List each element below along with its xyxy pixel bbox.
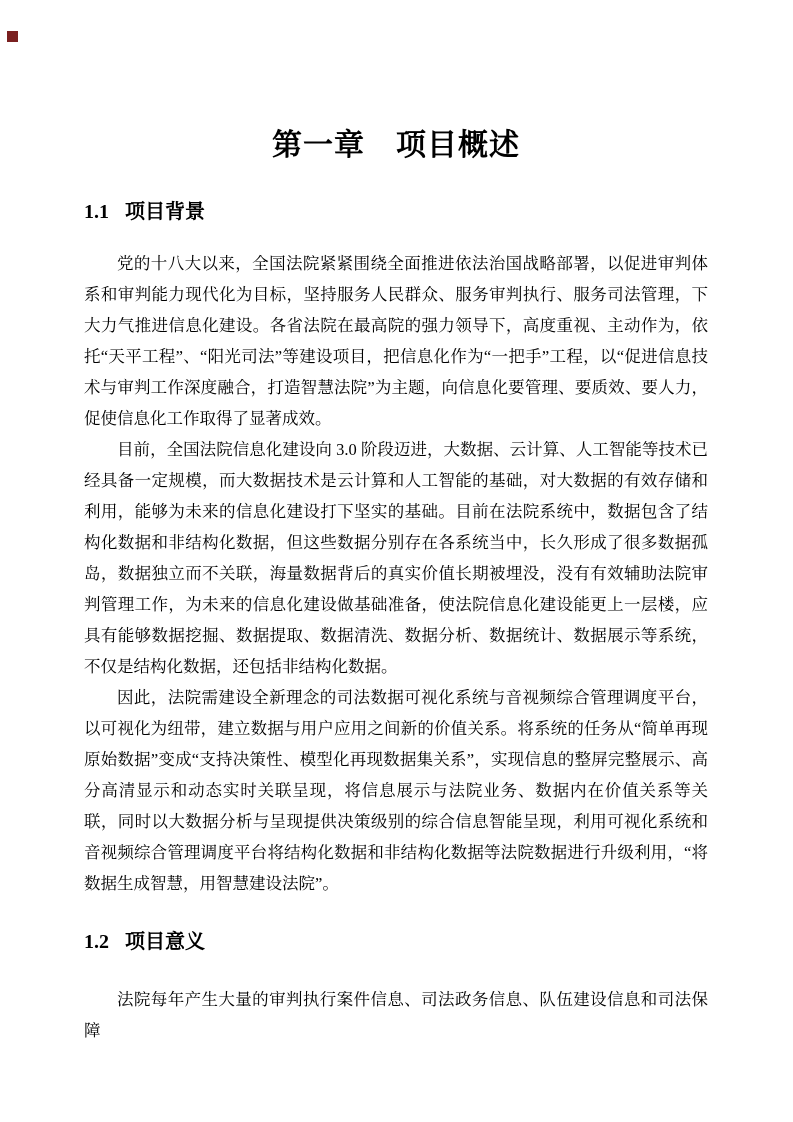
section-heading-1-1: 1.1 项目背景 — [84, 199, 708, 226]
paragraph-background-2: 目前，全国法院信息化建设向 3.0 阶段迈进，大数据、云计算、人工智能等技术已经… — [84, 434, 708, 682]
document-page: 第一章 项目概述 1.1 项目背景 党的十八大以来，全国法院紧紧围绕全面推进依法… — [0, 0, 793, 1122]
corner-marker — [7, 31, 18, 42]
section-heading-1-2: 1.2 项目意义 — [84, 929, 708, 956]
section-title: 项目背景 — [125, 199, 205, 226]
paragraph-background-1: 党的十八大以来，全国法院紧紧围绕全面推进依法治国战略部署，以促进审判体系和审判能… — [84, 248, 708, 434]
document-content: 第一章 项目概述 1.1 项目背景 党的十八大以来，全国法院紧紧围绕全面推进依法… — [84, 0, 708, 1046]
paragraph-significance-1: 法院每年产生大量的审判执行案件信息、司法政务信息、队伍建设信息和司法保障 — [84, 984, 708, 1046]
paragraph-background-3: 因此，法院需建设全新理念的司法数据可视化系统与音视频综合管理调度平台，以可视化为… — [84, 682, 708, 899]
chapter-title: 第一章 项目概述 — [84, 126, 708, 166]
section-number: 1.1 — [84, 199, 109, 226]
section-number: 1.2 — [84, 929, 109, 956]
section-title: 项目意义 — [125, 929, 205, 956]
